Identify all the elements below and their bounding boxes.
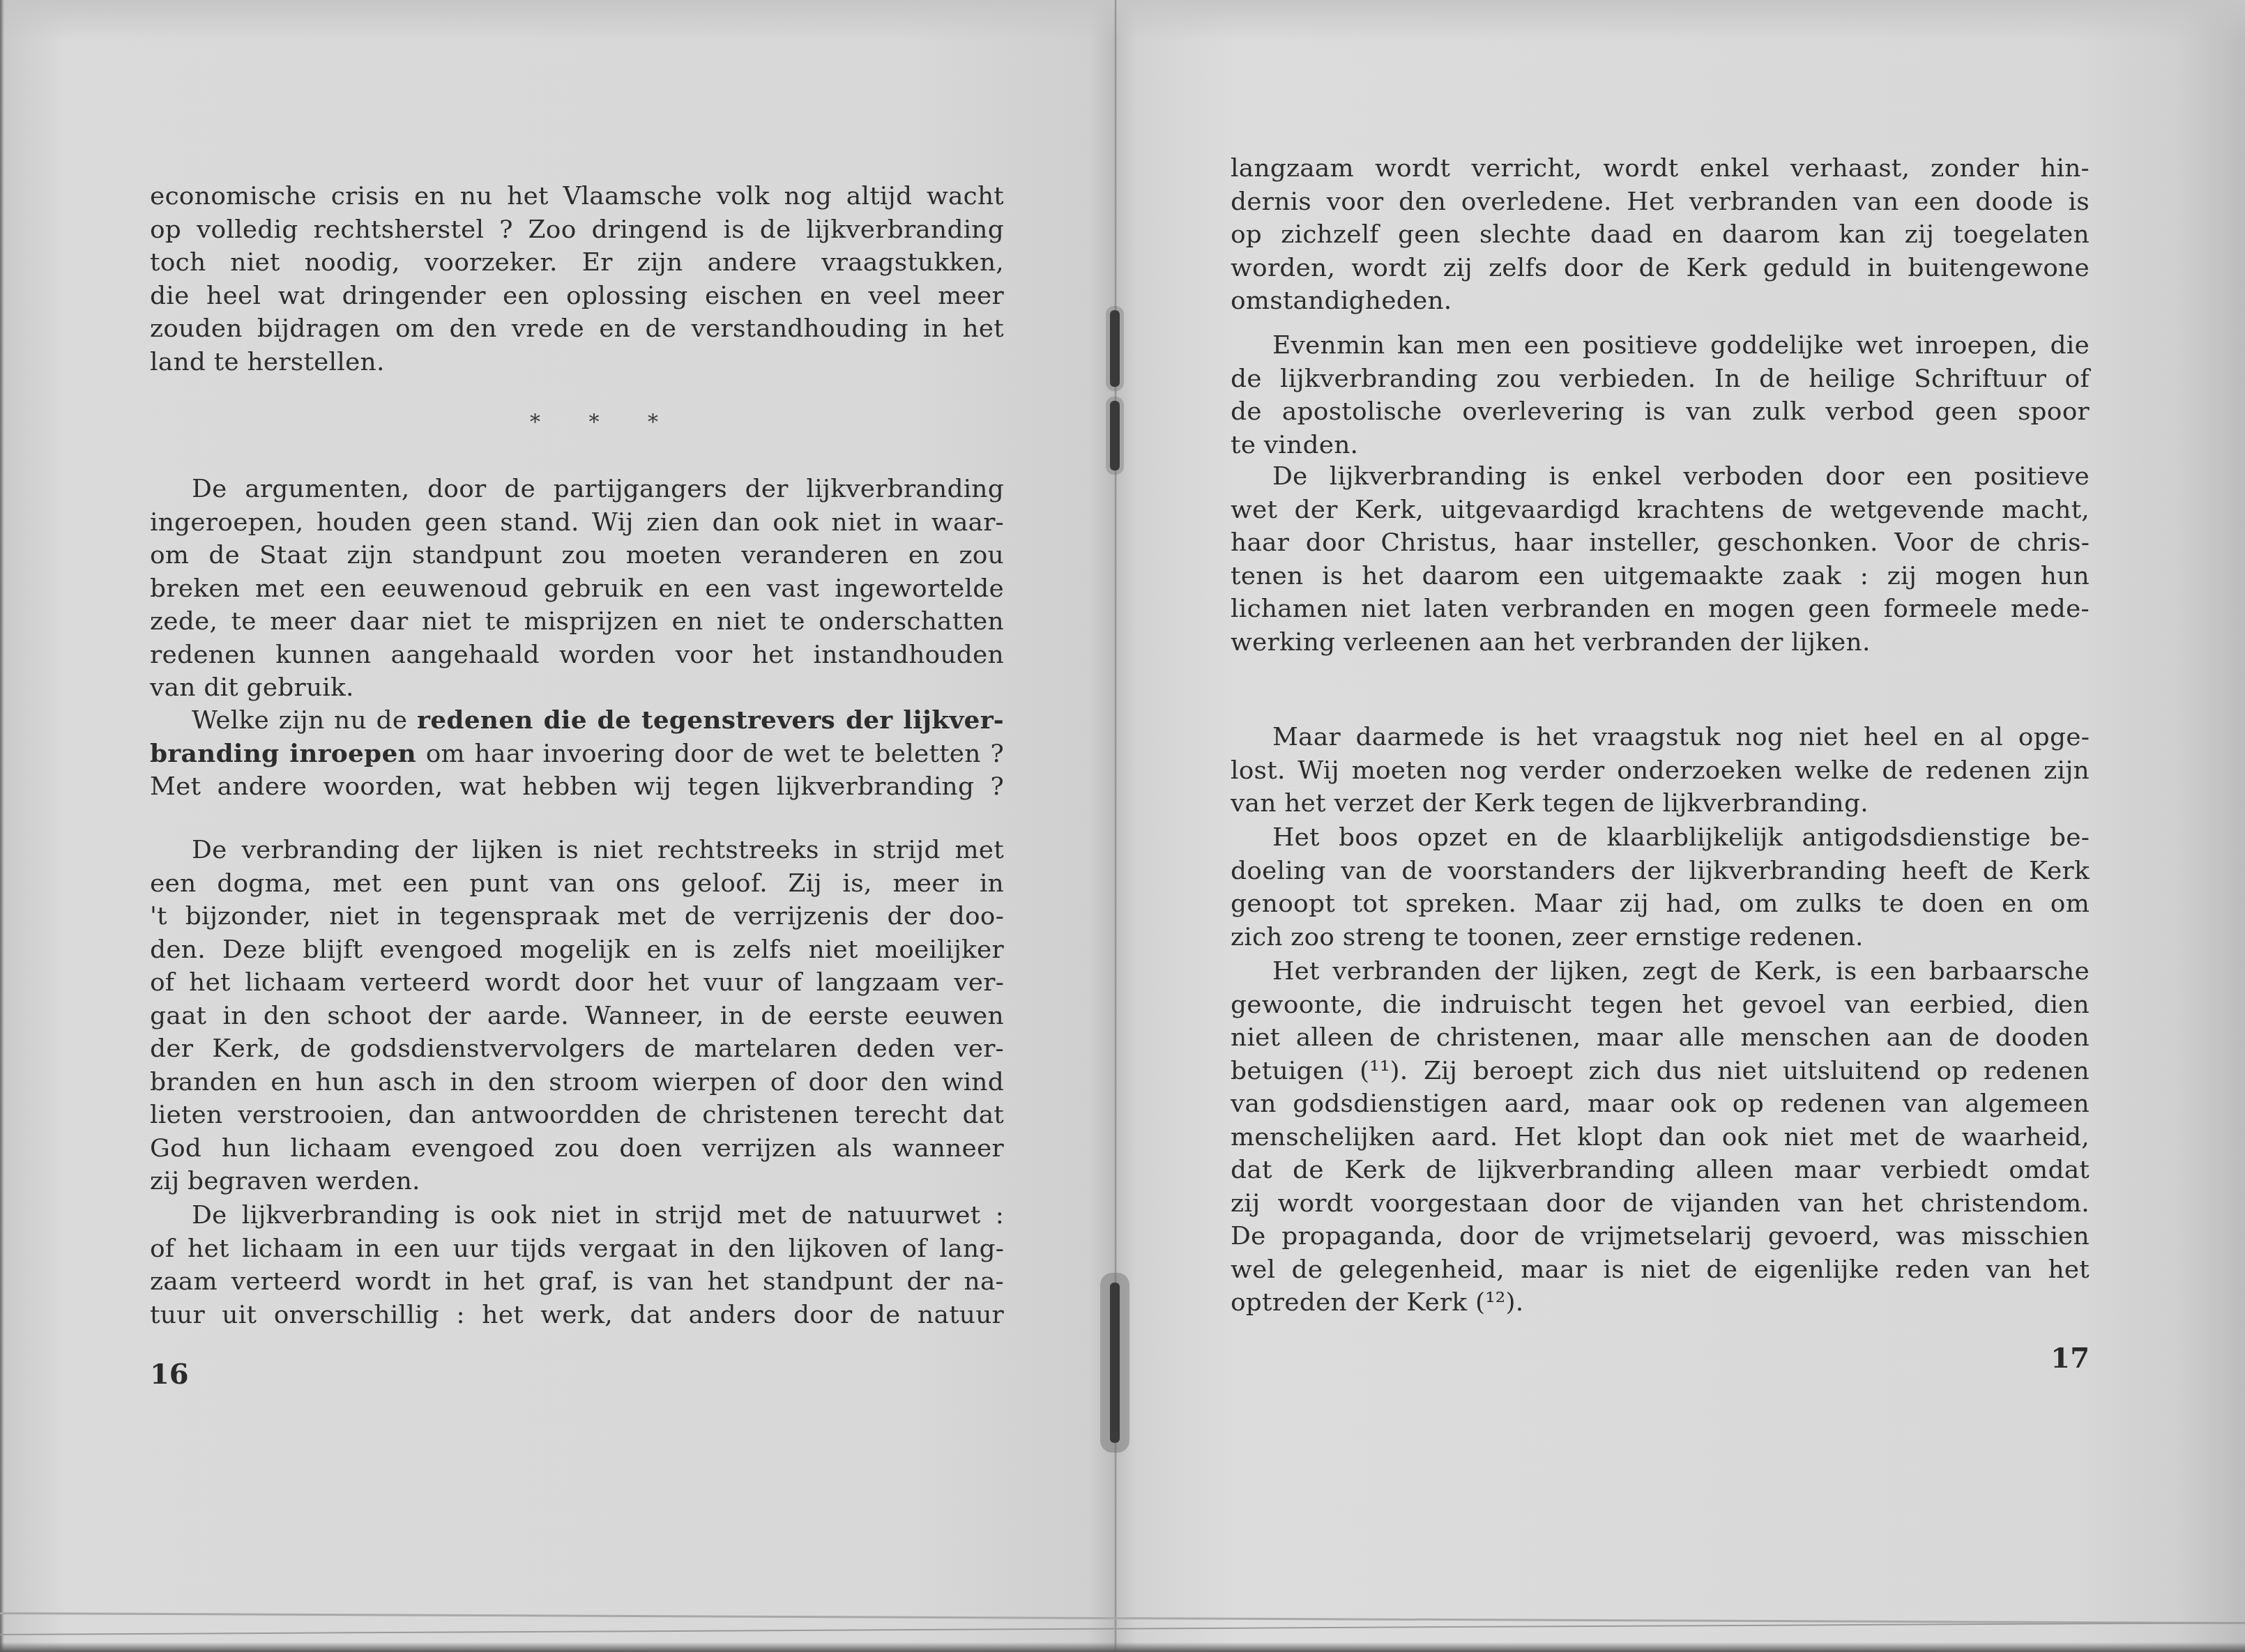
text-line: gaat in den schoot der aarde. Wanneer, i… [150,1000,1004,1033]
text-line: economische crisis en nu het Vlaamsche v… [150,180,1004,213]
text-line: land te herstellen. [150,346,1004,379]
text-line: 't bijzonder, niet in tegenspraak met de… [150,900,1004,933]
text-line: Het verbranden der lijken, zegt de Kerk,… [1231,955,2090,988]
text-line: zich zoo streng te toonen, zeer ernstige… [1231,921,2090,954]
text-line: gewoonte, die indruischt tegen het gevoe… [1231,988,2090,1022]
text-line: zede, te meer daar niet te misprijzen en… [150,605,1004,638]
staple-bottom [1110,1283,1120,1443]
text-line: optreden der Kerk (¹²). [1231,1286,2090,1320]
page-bottom-edge [0,1612,2245,1624]
page-number: 16 [150,1358,189,1391]
text-line: branding inroepen om haar invoering door… [150,737,1004,771]
text-line: die heel wat dringender een oplossing ei… [150,280,1004,313]
text-line: op zichzelf geen slechte daad en daarom … [1231,218,2090,252]
paragraph-economic-crisis: economische crisis en nu het Vlaamsche v… [150,180,1004,378]
text-line: De lijkverbranding is enkel verboden doo… [1231,460,2090,494]
text-span: Welke zijn nu de [192,706,417,735]
paragraph-dogma: De verbranding der lijken is niet rechts… [150,834,1004,1198]
text-line: een dogma, met een punt van ons geloof. … [150,867,1004,901]
text-line: De propaganda, door de vrijmetselarij ge… [1231,1220,2090,1253]
text-line: de lijkverbranding zou verbieden. In de … [1231,362,2090,396]
text-line: wet der Kerk, uitgevaardigd krachtens de… [1231,494,2090,527]
bold-emphasis: redenen die de tegenstrevers der lijkver… [417,705,1004,735]
text-line: van godsdienstigen aard, maar ook op red… [1231,1087,2090,1121]
paragraph-hastened: langzaam wordt verricht, wordt enkel ver… [1231,152,2090,318]
text-line: branden en hun asch in den stroom wierpe… [150,1066,1004,1099]
text-line: der Kerk, de godsdienstvervolgers de mar… [150,1032,1004,1066]
text-line: tuur uit onverschillig : het werk, dat a… [150,1299,1004,1332]
text-line: lost. Wij moeten nog verder onderzoeken … [1231,754,2090,788]
text-line: lichamen niet laten verbranden en mogen … [1231,592,2090,626]
text-line: redenen kunnen aangehaald worden voor he… [150,638,1004,672]
text-line: omstandigheden. [1231,284,2090,318]
text-line: De lijkverbranding is ook niet in strijd… [150,1199,1004,1232]
bold-emphasis: branding inroepen [150,739,416,768]
staple-top-lower [1110,401,1120,471]
text-line: lieten verstrooien, dan antwoordden de c… [150,1099,1004,1132]
text-line: te vinden. [1231,429,2090,462]
text-line: God hun lichaam evengoed zou doen verrij… [150,1132,1004,1165]
text-line: breken met een eeuwenoud gebruik en een … [150,572,1004,606]
text-line: werking verleenen aan het verbranden der… [1231,626,2090,659]
text-line: menschelijken aard. Het klopt dan ook ni… [1231,1121,2090,1154]
text-line: niet alleen de christenen, maar alle men… [1231,1021,2090,1055]
text-line: ingeroepen, houden geen stand. Wij zien … [150,506,1004,540]
text-line: of het lichaam verteerd wordt door het v… [150,966,1004,1000]
text-line: wel de gelegenheid, maar is niet de eige… [1231,1253,2090,1287]
paragraph-not-resolved: Maar daarmede is het vraagstuk nog niet … [1231,721,2090,820]
text-line: Met andere woorden, wat hebben wij tegen… [150,770,1004,804]
text-line: dat de Kerk de lijkverbranding alleen ma… [1231,1154,2090,1187]
text-line: de apostolische overlevering is van zulk… [1231,395,2090,429]
paragraph-question: Welke zijn nu de redenen die de tegenstr… [150,704,1004,804]
staple-top-upper [1110,310,1120,387]
text-line: langzaam wordt verricht, wordt enkel ver… [1231,152,2090,185]
page-number: 17 [2050,1342,2090,1375]
cover-bottom-edge [0,1622,2245,1635]
paragraph-malicious-intent: Het boos opzet en de klaarblijkelijk ant… [1231,821,2090,954]
paragraph-barbaric-custom: Het verbranden der lijken, zegt de Kerk,… [1231,955,2090,1320]
text-line: van dit gebruik. [150,671,1004,705]
text-line: om de Staat zijn standpunt zou moeten ve… [150,539,1004,572]
text-line: haar door Christus, haar insteller, gesc… [1231,526,2090,560]
text-line: toch niet noodig, voorzeker. Er zijn and… [150,246,1004,280]
book-spread-scan: economische crisis en nu het Vlaamsche v… [0,0,2245,1652]
paragraph-divine-law: Evenmin kan men een positieve goddelijke… [1231,329,2090,461]
paragraph-natural-law: De lijkverbranding is ook niet in strijd… [150,1199,1004,1331]
text-line: Maar daarmede is het vraagstuk nog niet … [1231,721,2090,754]
section-separator: * * * [530,410,679,434]
text-line: den. Deze blijft evengoed mogelijk en is… [150,933,1004,967]
text-line: De verbranding der lijken is niet rechts… [150,834,1004,867]
text-line: zij begraven werden. [150,1165,1004,1198]
top-shadow [0,0,2245,42]
text-line: zouden bijdragen om den vrede en de vers… [150,312,1004,346]
text-line: tenen is het daarom een uitgemaakte zaak… [1231,560,2090,593]
left-page-edge [0,0,4,1652]
text-span: om haar invoering door de wet te belette… [416,740,1004,768]
text-line: genoopt tot spreken. Maar zij had, om zu… [1231,887,2090,921]
text-line: zaam verteerd wordt in het graf, is van … [150,1265,1004,1299]
text-line: op volledig rechtsherstel ? Zoo dringend… [150,213,1004,247]
text-line: doeling van de voorstanders der lijkverb… [1231,855,2090,888]
text-line: De argumenten, door de partijgangers der… [150,473,1004,506]
paragraph-arguments: De argumenten, door de partijgangers der… [150,473,1004,705]
text-line: betuigen (¹¹). Zij beroept zich dus niet… [1231,1055,2090,1088]
text-line: worden, wordt zij zelfs door de Kerk ged… [1231,252,2090,285]
text-line: Welke zijn nu de redenen die de tegenstr… [150,704,1004,737]
text-line: van het verzet der Kerk tegen de lijkver… [1231,787,2090,820]
text-line: zij wordt voorgestaan door de vijanden v… [1231,1187,2090,1221]
text-line: of het lichaam in een uur tijds vergaat … [150,1232,1004,1266]
scan-bottom-shadow [0,1642,2245,1652]
text-line: dernis voor den overledene. Het verbrand… [1231,185,2090,219]
text-line: Evenmin kan men een positieve goddelijke… [1231,329,2090,362]
paragraph-church-law: De lijkverbranding is enkel verboden doo… [1231,460,2090,659]
text-line: Het boos opzet en de klaarblijkelijk ant… [1231,821,2090,855]
